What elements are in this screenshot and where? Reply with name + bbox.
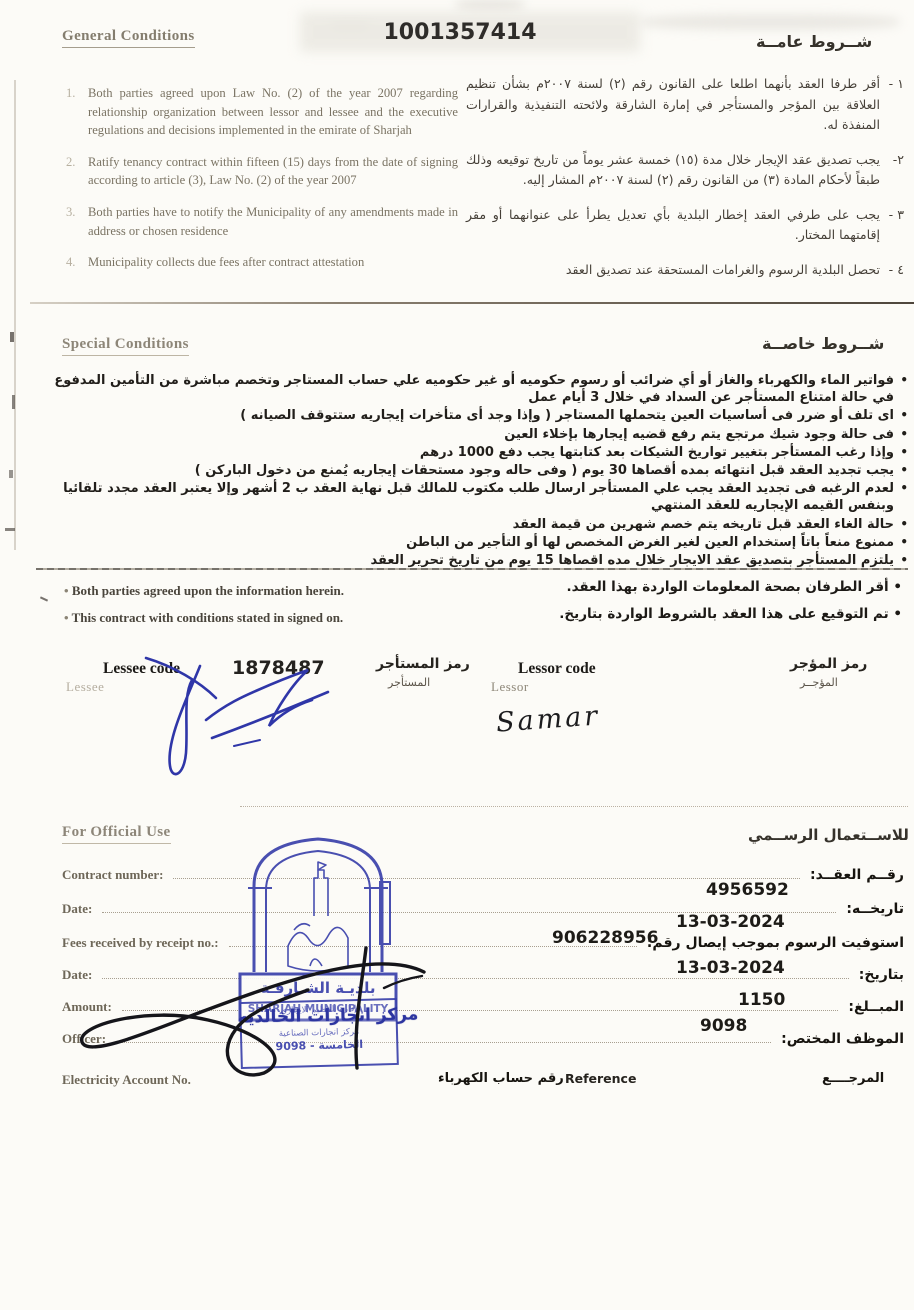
officer-value: 9098 (700, 1016, 747, 1036)
lessee-signature (138, 648, 348, 788)
item-text: يجب تصديق عقد الإيجار خلال مدة (١٥) خمسة… (466, 152, 880, 188)
reference-label-en: Reference (565, 1071, 636, 1086)
reference-label-ar: المرجــــع (822, 1071, 884, 1086)
general-condition-en: 3. Both parties have to notify the Munic… (64, 203, 458, 240)
date1-value: 13-03-2024 (676, 912, 785, 932)
special-condition: اى تلف أو ضرر فى أساسيات العين يتحملها ا… (32, 407, 908, 424)
agreement-line-ar: تم التوقيع على هذا العقد بالشروط الواردة… (559, 606, 902, 622)
special-condition: لعدم الرغبه فى تجديد العقد يجب علي المست… (32, 480, 908, 514)
row-label-ar: تاريخــه: (846, 901, 904, 917)
amount-value: 1150 (738, 990, 785, 1010)
special-condition: يجب تجديد العقد قبل انتهائه بمده أقصاها … (32, 462, 908, 479)
agreement-line-ar: أقر الطرفان بصحة المعلومات الواردة بهذا … (566, 579, 902, 595)
scan-mark (12, 395, 15, 409)
item-text: Both parties agreed upon Law No. (2) of … (88, 86, 458, 137)
lessee-label-ar: المستأجر (388, 676, 430, 689)
lessor-label: Lessor (491, 679, 529, 695)
special-conditions-title-en: Special Conditions (62, 336, 189, 356)
general-conditions-list-en: 1. Both parties agreed upon Law No. (2) … (64, 84, 458, 285)
item-text: يجب على طرفي العقد إخطار البلدية بأي تعد… (466, 207, 880, 243)
electricity-account-label-ar: رقم حساب الكهرباء (438, 1071, 564, 1086)
item-number: ١ - (889, 74, 904, 95)
contract-number-value: 4956592 (706, 880, 789, 900)
lessee-code-label-ar: رمز المستأجر (376, 656, 470, 672)
item-number: 1. (66, 84, 75, 103)
item-number: ٣ - (889, 205, 904, 226)
section-divider (36, 568, 908, 570)
scan-edge-line (14, 80, 16, 550)
row-label-ar: استوفيت الرسوم بموجب إيصال رقم: (647, 935, 904, 951)
lessor-code-label: Lessor code (518, 660, 596, 678)
agreement-line-en: Both parties agreed upon the information… (64, 583, 344, 599)
general-conditions-title-en: General Conditions (62, 28, 195, 48)
general-condition-ar: ٤ - تحصل البلدية الرسوم والغرامات المستح… (466, 260, 906, 281)
special-conditions-title-ar: شــروط خاصــة (762, 334, 884, 353)
scan-smudge (455, 0, 525, 10)
general-condition-ar: ٣ - يجب على طرفي العقد إخطار البلدية بأي… (466, 205, 906, 246)
row-label-ar: رقــم العقــد: (810, 867, 904, 883)
official-use-title-ar: للاســتعمال الرســمي (748, 826, 909, 844)
scanned-tenancy-contract: General Conditions 1001357414 شــروط عام… (0, 0, 914, 1310)
general-condition-ar: ١ - أقر طرفا العقد بأنهما اطلعا على القا… (466, 74, 906, 136)
item-text: Both parties have to notify the Municipa… (88, 205, 458, 238)
special-condition: يلتزم المستأجر بتصديق عقد الايجار خلال م… (32, 552, 908, 569)
general-conditions-title-ar: شــروط عامــة (756, 32, 872, 51)
scan-mark (5, 528, 15, 531)
special-condition: حالة الغاء العقد قبل تاريخه يتم خصم شهري… (32, 516, 908, 533)
lessee-label: Lessee (66, 679, 104, 695)
officer-signature (66, 930, 436, 1085)
special-condition: وإذا رغب المستأجر بتغيير تواريخ الشيكات … (32, 444, 908, 461)
receipt-number-value: 906228956 (552, 928, 658, 948)
special-condition: فى حالة وجود شيك مرتجع يتم رفع قضيه إيجا… (32, 426, 908, 443)
general-condition-ar: ٢- يجب تصديق عقد الإيجار خلال مدة (١٥) خ… (466, 150, 906, 191)
item-number: ٢- (893, 150, 904, 171)
row-label-en: Date: (62, 901, 92, 917)
row-label-ar: الموظف المختص: (781, 1031, 904, 1047)
scan-mark (40, 596, 48, 601)
official-use-title-en: For Official Use (62, 824, 171, 844)
row-label-ar: بتاريخ: (859, 967, 904, 983)
row-label-ar: المبــلغ: (848, 999, 904, 1015)
document-number: 1001357414 (340, 20, 580, 45)
item-text: Ratify tenancy contract within fifteen (… (88, 155, 458, 188)
general-conditions-list-ar: ١ - أقر طرفا العقد بأنهما اطلعا على القا… (466, 74, 906, 294)
item-text: Municipality collects due fees after con… (88, 255, 364, 269)
row-label-en: Contract number: (62, 867, 163, 883)
lessor-label-ar: المؤجــر (800, 676, 838, 689)
general-condition-en: 1. Both parties agreed upon Law No. (2) … (64, 84, 458, 140)
lessor-signature-text: Samar (495, 700, 601, 738)
scan-smudge (640, 14, 900, 30)
general-condition-en: 4. Municipality collects due fees after … (64, 253, 458, 272)
general-condition-en: 2. Ratify tenancy contract within fiftee… (64, 153, 458, 190)
special-conditions-list: فواتير الماء والكهرباء والغاز أو أي ضرائ… (32, 372, 908, 570)
item-number: 3. (66, 203, 75, 222)
special-condition: فواتير الماء والكهرباء والغاز أو أي ضرائ… (32, 372, 908, 406)
item-number: 4. (66, 253, 75, 272)
section-divider (30, 302, 914, 304)
special-condition: ممنوع منعاً باتاً إستخدام العين لغير الغ… (32, 534, 908, 551)
electricity-account-label-en: Electricity Account No. (62, 1072, 191, 1088)
item-text: أقر طرفا العقد بأنهما اطلعا على القانون … (466, 76, 880, 132)
item-number: 2. (66, 153, 75, 172)
item-text: تحصل البلدية الرسوم والغرامات المستحقة ع… (566, 262, 880, 277)
date2-value: 13-03-2024 (676, 958, 785, 978)
section-divider-dotted (240, 806, 908, 807)
agreement-line-en: This contract with conditions stated in … (64, 610, 343, 626)
scan-mark (10, 332, 14, 342)
lessor-code-label-ar: رمز المؤجر (790, 656, 867, 672)
item-number: ٤ - (889, 260, 904, 281)
scan-mark (9, 470, 13, 478)
